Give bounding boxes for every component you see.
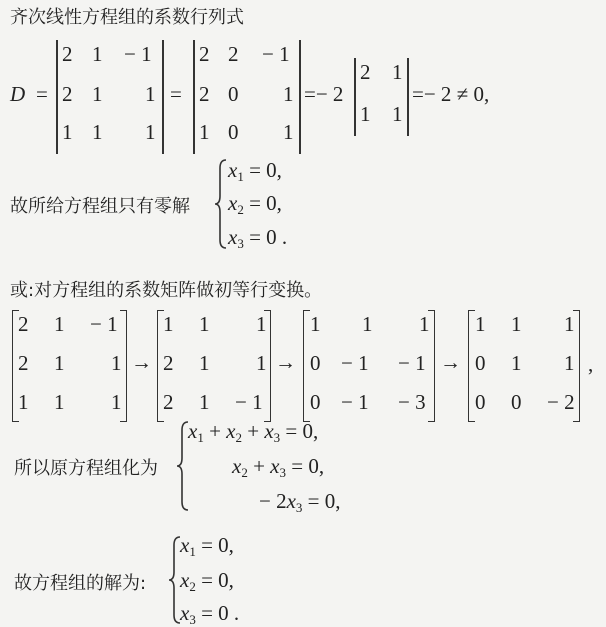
equation-line: x1 + x2 + x3 = 0, xyxy=(188,419,318,446)
equation-rest: = 0 . xyxy=(196,601,239,625)
matrix-cell: 1 xyxy=(18,390,29,415)
matrix-cell: 1 xyxy=(362,312,373,337)
variable: x xyxy=(180,533,189,557)
equation-rest: = 0, xyxy=(244,191,282,215)
right-bracket xyxy=(264,310,271,422)
variable: x xyxy=(228,191,237,215)
matrix-cell: 1 xyxy=(511,312,522,337)
plus-sign: + xyxy=(247,419,259,443)
det-cell: 1 xyxy=(199,120,210,145)
left-bracket xyxy=(468,310,475,422)
det-cell: 2 xyxy=(199,82,210,107)
trailing-comma: , xyxy=(588,352,593,377)
det-cell: 2 xyxy=(199,42,210,67)
matrix-cell: − 1 xyxy=(341,390,369,415)
det-cell: 0 xyxy=(228,120,239,145)
subscript: 3 xyxy=(296,500,303,515)
arrow-icon: → xyxy=(275,350,296,375)
equation-rest: = 0, xyxy=(196,533,234,557)
det-cell: 2 xyxy=(62,82,73,107)
matrix-cell: 1 xyxy=(163,312,174,337)
variable: x xyxy=(180,568,189,592)
right-bracket xyxy=(573,310,580,422)
equation-line: x2 + x3 = 0, xyxy=(232,454,324,481)
factor: =− 2 xyxy=(304,82,343,107)
det-cell: 1 xyxy=(283,120,294,145)
section-title: 齐次线性方程组的系数行列式 xyxy=(10,3,244,29)
variable: x xyxy=(228,158,237,182)
equation-rest: = 0 . xyxy=(244,225,287,249)
matrix-cell: 1 xyxy=(199,390,210,415)
matrix-cell: − 1 xyxy=(341,351,369,376)
det-cell: 1 xyxy=(92,82,103,107)
matrix-cell: 0 xyxy=(310,351,321,376)
equation-line: x1 = 0, xyxy=(180,533,234,560)
variable: x xyxy=(180,601,189,625)
matrix-cell: − 1 xyxy=(90,312,118,337)
matrix-cell: 2 xyxy=(18,351,29,376)
zero-solution-label: 故所给方程组只有零解 xyxy=(10,192,190,218)
matrix-cell: 1 xyxy=(310,312,321,337)
matrix-cell: 1 xyxy=(511,351,522,376)
det-cell: 2 xyxy=(228,42,239,67)
matrix-cell: 2 xyxy=(18,312,29,337)
right-bracket xyxy=(428,310,435,422)
matrix-cell: 1 xyxy=(475,312,486,337)
equation-line: x1 = 0, xyxy=(228,158,282,185)
det-cell: 1 xyxy=(392,60,403,85)
det-cell: 1 xyxy=(145,82,156,107)
variable: x xyxy=(264,419,273,443)
coefficient: − 2 xyxy=(259,489,287,513)
det-bar xyxy=(56,40,58,154)
subscript: 3 xyxy=(280,465,287,480)
equation-rest: = 0, xyxy=(291,454,324,478)
matrix-cell: 1 xyxy=(54,390,65,415)
matrix-cell: 0 xyxy=(475,351,486,376)
reduced-system-label: 所以原方程组化为 xyxy=(14,454,158,480)
plus-sign: + xyxy=(209,419,221,443)
det-bar xyxy=(407,58,409,136)
det-cell: 1 xyxy=(360,102,371,127)
matrix-cell: 1 xyxy=(199,351,210,376)
matrix-cell: − 1 xyxy=(235,390,263,415)
det-bar xyxy=(354,58,356,136)
alternative-method-text: 或:对方程组的系数矩阵做初等行变换。 xyxy=(10,276,322,302)
equation-rest: = 0, xyxy=(196,568,234,592)
equation-rest: = 0, xyxy=(308,489,341,513)
det-bar xyxy=(193,40,195,154)
det-cell: 1 xyxy=(92,120,103,145)
equation-line: x2 = 0, xyxy=(228,191,282,218)
equation-line: − 2x3 = 0, xyxy=(259,489,341,516)
equation-rest: = 0, xyxy=(244,158,282,182)
equation-rest: = 0, xyxy=(285,419,318,443)
equation-line: x3 = 0 . xyxy=(180,601,239,627)
variable: x xyxy=(270,454,279,478)
variable: x xyxy=(226,419,235,443)
left-brace-icon xyxy=(214,158,228,250)
matrix-cell: 0 xyxy=(511,390,522,415)
matrix-cell: 1 xyxy=(54,351,65,376)
det-cell: 1 xyxy=(92,42,103,67)
variable: x xyxy=(232,454,241,478)
det-cell: 0 xyxy=(228,82,239,107)
equals-sign: = xyxy=(170,82,182,107)
right-bracket xyxy=(120,310,127,422)
matrix-cell: − 2 xyxy=(547,390,575,415)
det-cell: − 1 xyxy=(124,42,152,67)
matrix-cell: 1 xyxy=(199,312,210,337)
equation-line: x2 = 0, xyxy=(180,568,234,595)
final-solution-label: 故方程组的解为: xyxy=(14,569,146,595)
det-cell: 1 xyxy=(62,120,73,145)
left-bracket xyxy=(303,310,310,422)
variable: x xyxy=(188,419,197,443)
det-cell: 1 xyxy=(283,82,294,107)
det-cell: 2 xyxy=(360,60,371,85)
det-bar xyxy=(299,40,301,154)
arrow-icon: → xyxy=(440,350,461,375)
matrix-cell: − 1 xyxy=(398,351,426,376)
equation-line: x3 = 0 . xyxy=(228,225,287,252)
subscript: 1 xyxy=(197,430,204,445)
matrix-cell: 2 xyxy=(163,351,174,376)
plus-sign: + xyxy=(253,454,265,478)
variable: x xyxy=(287,489,296,513)
determinant-symbol: D xyxy=(10,82,25,107)
matrix-cell: 0 xyxy=(310,390,321,415)
variable: x xyxy=(228,225,237,249)
det-cell: 1 xyxy=(392,102,403,127)
det-cell: 2 xyxy=(62,42,73,67)
determinant-result: =− 2 ≠ 0, xyxy=(412,82,489,107)
matrix-cell: − 3 xyxy=(398,390,426,415)
arrow-icon: → xyxy=(131,350,152,375)
equals-sign: = xyxy=(36,82,48,107)
matrix-cell: 2 xyxy=(163,390,174,415)
det-cell: 1 xyxy=(145,120,156,145)
subscript: 2 xyxy=(236,430,243,445)
det-bar xyxy=(162,40,164,154)
matrix-cell: 1 xyxy=(54,312,65,337)
subscript: 2 xyxy=(241,465,248,480)
det-cell: − 1 xyxy=(262,42,290,67)
matrix-cell: 0 xyxy=(475,390,486,415)
subscript: 3 xyxy=(274,430,281,445)
